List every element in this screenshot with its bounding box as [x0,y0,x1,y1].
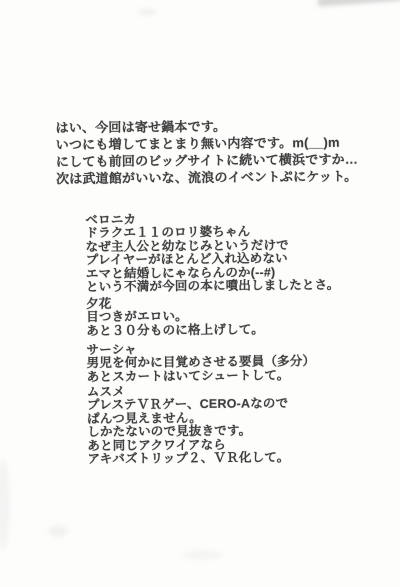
text-line: いつにも増してまとまり無い内容です。m(__)m [56,134,340,153]
paragraph-event-comment: にしても前回のビッグサイトに続いて横浜ですか…次は武道館がいいな、流浪のイベント… [56,152,358,188]
text-line: という不満が今回の本に噴出しましたとさ。 [86,279,340,295]
text-line: アキバズトリップ２、ＶＲ化して。 [87,451,289,466]
scanned-page: はい、今回は寄せ鍋本です。いつにも増してまとまり無い内容です。m(__)m にし… [0,0,400,587]
text-line: あとスカートはいてシュートして。 [87,369,316,384]
text-line: 次は武道館がいいな、流浪のイベントぷにケット。 [56,168,358,187]
paragraph-musume: ムスメプレステＶＲゲー、CERO-Aなのでぱんつ見えません。しかたないので見抜き… [87,384,290,466]
afterword-text-block: はい、今回は寄せ鍋本です。いつにも増してまとまり無い内容です。m(__)m にし… [0,0,400,587]
paragraph-yuka: 夕花目つきがエロい。あと３０分ものに格上げして。 [86,296,264,338]
paragraph-veronica: ベロニカドラクエ１１のロリ婆ちゃんなぜ主人公と幼なじみというだけでプレイヤーがほ… [85,212,339,295]
text-line: あと３０分ものに格上げして。 [86,323,264,338]
paragraph-intro: はい、今回は寄せ鍋本です。いつにも増してまとまり無い内容です。m(__)m [56,118,340,153]
text-line: にしても前回のビッグサイトに続いて横浜ですか… [56,152,358,171]
paragraph-sasha: サーシャ男児を何かに目覚めさせる要員（多分）あとスカートはいてシュートして。 [86,342,315,384]
